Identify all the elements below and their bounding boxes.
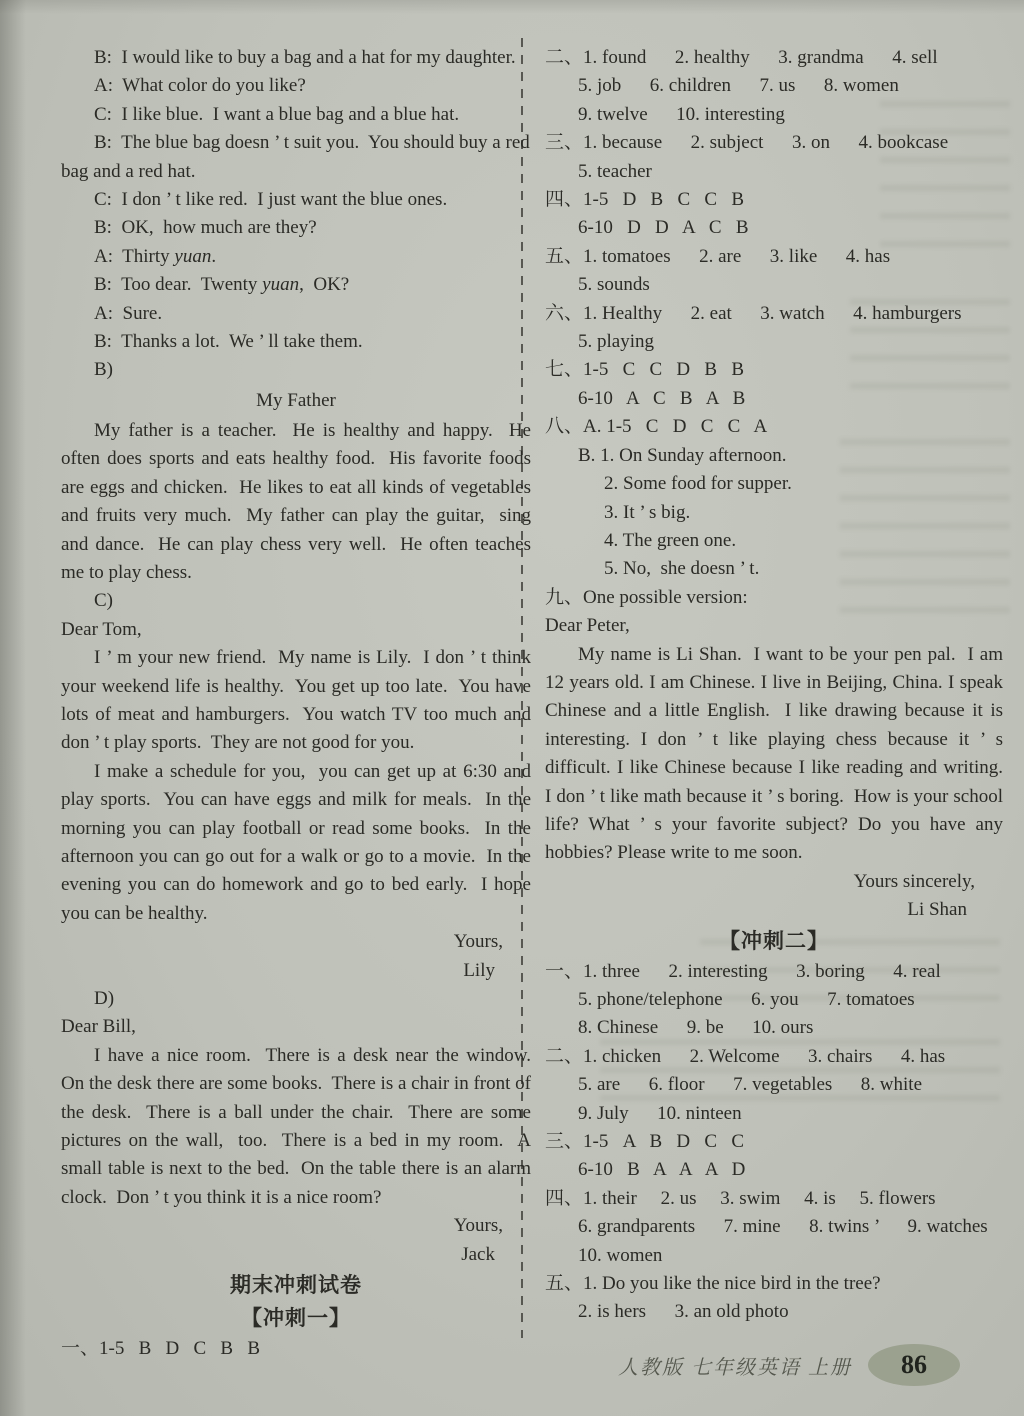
dialogue-line: B: Too dear. Twenty yuan, OK?: [61, 271, 531, 299]
page-footer: 人教版 七年级英语 上册 86: [618, 1342, 960, 1388]
essay-paragraph: My father is a teacher. He is healthy an…: [61, 417, 531, 587]
right-column: 二、1. found 2. healthy 3. grandma 4. sell…: [545, 44, 1003, 1327]
letter-paragraph: I have a nice room. There is a desk near…: [61, 1042, 531, 1212]
answer-line: 8. Chinese 9. be 10. ours: [545, 1014, 1003, 1042]
dialogue-line: C: I don ’ t like red. I just want the b…: [61, 186, 531, 214]
letter-closing: Yours sincerely,: [545, 868, 1003, 896]
sprint2-title: 【冲刺二】: [545, 925, 1003, 958]
answer-line: 八、A. 1-5 C D C C A: [545, 413, 1003, 441]
answer-line: 6-10 A C B A B: [545, 385, 1003, 413]
answer-line: 3. It ’ s big.: [545, 499, 1003, 527]
dialogue-text: B: Too dear. Twenty: [94, 274, 262, 295]
answer-line: 9. twelve 10. interesting: [545, 101, 1003, 129]
section-label-b: B): [61, 356, 531, 384]
page-number-badge: 86: [868, 1344, 960, 1386]
italic-word: yuan: [262, 274, 299, 295]
answer-line: 5. teacher: [545, 158, 1003, 186]
exam-title: 期末冲刺试卷: [61, 1269, 531, 1302]
answer-line: 三、1-5 A B D C C: [545, 1128, 1003, 1156]
letter-paragraph: I ’ m your new friend. My name is Lily. …: [61, 644, 531, 758]
answer-line: 2. Some food for supper.: [545, 470, 1003, 498]
letter-paragraph: I make a schedule for you, you can get u…: [61, 758, 531, 928]
page-number: 86: [901, 1350, 927, 1380]
answer-line: 5. phone/telephone 6. you 7. tomatoes: [545, 986, 1003, 1014]
dialogue-line: B: Thanks a lot. We ’ ll take them.: [61, 328, 531, 356]
footer-edition-label: 人教版 七年级英语 上册: [618, 1351, 852, 1380]
answer-line: 5. No, she doesn ’ t.: [545, 555, 1003, 583]
letter-closing: Yours,: [61, 1212, 531, 1240]
answer-line: 6-10 D D A C B: [545, 214, 1003, 242]
dialogue-line: A: What color do you like?: [61, 72, 531, 100]
section-label-c: C): [61, 587, 531, 615]
page-left-edge-shadow: [0, 0, 26, 1416]
answer-line: 一、1-5 B D C B B: [61, 1335, 531, 1363]
answer-line: 10. women: [545, 1242, 1003, 1270]
dialogue-text: , OK?: [299, 274, 349, 295]
answer-line: 五、1. Do you like the nice bird in the tr…: [545, 1270, 1003, 1298]
left-column: B: I would like to buy a bag and a hat f…: [61, 44, 531, 1363]
dialogue-line: A: Sure.: [61, 300, 531, 328]
letter-signature: Lily: [61, 957, 531, 985]
dialogue-line: B: The blue bag doesn ’ t suit you. You …: [61, 129, 531, 186]
letter-signature: Jack: [61, 1241, 531, 1269]
answer-line: 2. is hers 3. an old photo: [545, 1298, 1003, 1326]
answer-line: 6. grandparents 7. mine 8. twins ’ 9. wa…: [545, 1213, 1003, 1241]
answer-line: 5. playing: [545, 328, 1003, 356]
answer-line: 5. job 6. children 7. us 8. women: [545, 72, 1003, 100]
letter-signature: Li Shan: [545, 896, 1003, 924]
answer-line: B. 1. On Sunday afternoon.: [545, 442, 1003, 470]
answer-line: 5. sounds: [545, 271, 1003, 299]
dialogue-line: B: OK, how much are they?: [61, 214, 531, 242]
letter-closing: Yours,: [61, 928, 531, 956]
answer-line: 五、1. tomatoes 2. are 3. like 4. has: [545, 243, 1003, 271]
dialogue-text: A: Thirty: [94, 246, 174, 267]
answer-line: 一、1. three 2. interesting 3. boring 4. r…: [545, 958, 1003, 986]
letter-salutation: Dear Peter,: [545, 612, 1003, 640]
answer-line: 六、1. Healthy 2. eat 3. watch 4. hamburge…: [545, 300, 1003, 328]
answer-line: 二、1. found 2. healthy 3. grandma 4. sell: [545, 44, 1003, 72]
letter-paragraph: My name is Li Shan. I want to be your pe…: [545, 641, 1003, 868]
answer-line: 6-10 B A A A D: [545, 1156, 1003, 1184]
answer-line: 七、1-5 C C D B B: [545, 356, 1003, 384]
answer-line: 5. are 6. floor 7. vegetables 8. white: [545, 1071, 1003, 1099]
answer-line: 9. July 10. ninteen: [545, 1100, 1003, 1128]
dialogue-line: B: I would like to buy a bag and a hat f…: [61, 44, 531, 72]
answer-line: 三、1. because 2. subject 3. on 4. bookcas…: [545, 129, 1003, 157]
answer-line: 九、One possible version:: [545, 584, 1003, 612]
answer-line: 二、1. chicken 2. Welcome 3. chairs 4. has: [545, 1043, 1003, 1071]
italic-word: yuan: [174, 246, 211, 267]
dialogue-line: C: I like blue. I want a blue bag and a …: [61, 101, 531, 129]
answer-line: 4. The green one.: [545, 527, 1003, 555]
essay-title: My Father: [61, 385, 531, 417]
section-label-d: D): [61, 985, 531, 1013]
answer-line: 四、1. their 2. us 3. swim 4. is 5. flower…: [545, 1185, 1003, 1213]
page-top-edge-shadow: [0, 0, 1024, 14]
sprint1-title: 【冲刺一】: [61, 1302, 531, 1335]
book-page: B: I would like to buy a bag and a hat f…: [0, 0, 1024, 1416]
answer-line: 四、1-5 D B C C B: [545, 186, 1003, 214]
letter-salutation: Dear Tom,: [61, 616, 531, 644]
letter-salutation: Dear Bill,: [61, 1013, 531, 1041]
dialogue-text: .: [211, 246, 216, 267]
dialogue-line: A: Thirty yuan.: [61, 243, 531, 271]
